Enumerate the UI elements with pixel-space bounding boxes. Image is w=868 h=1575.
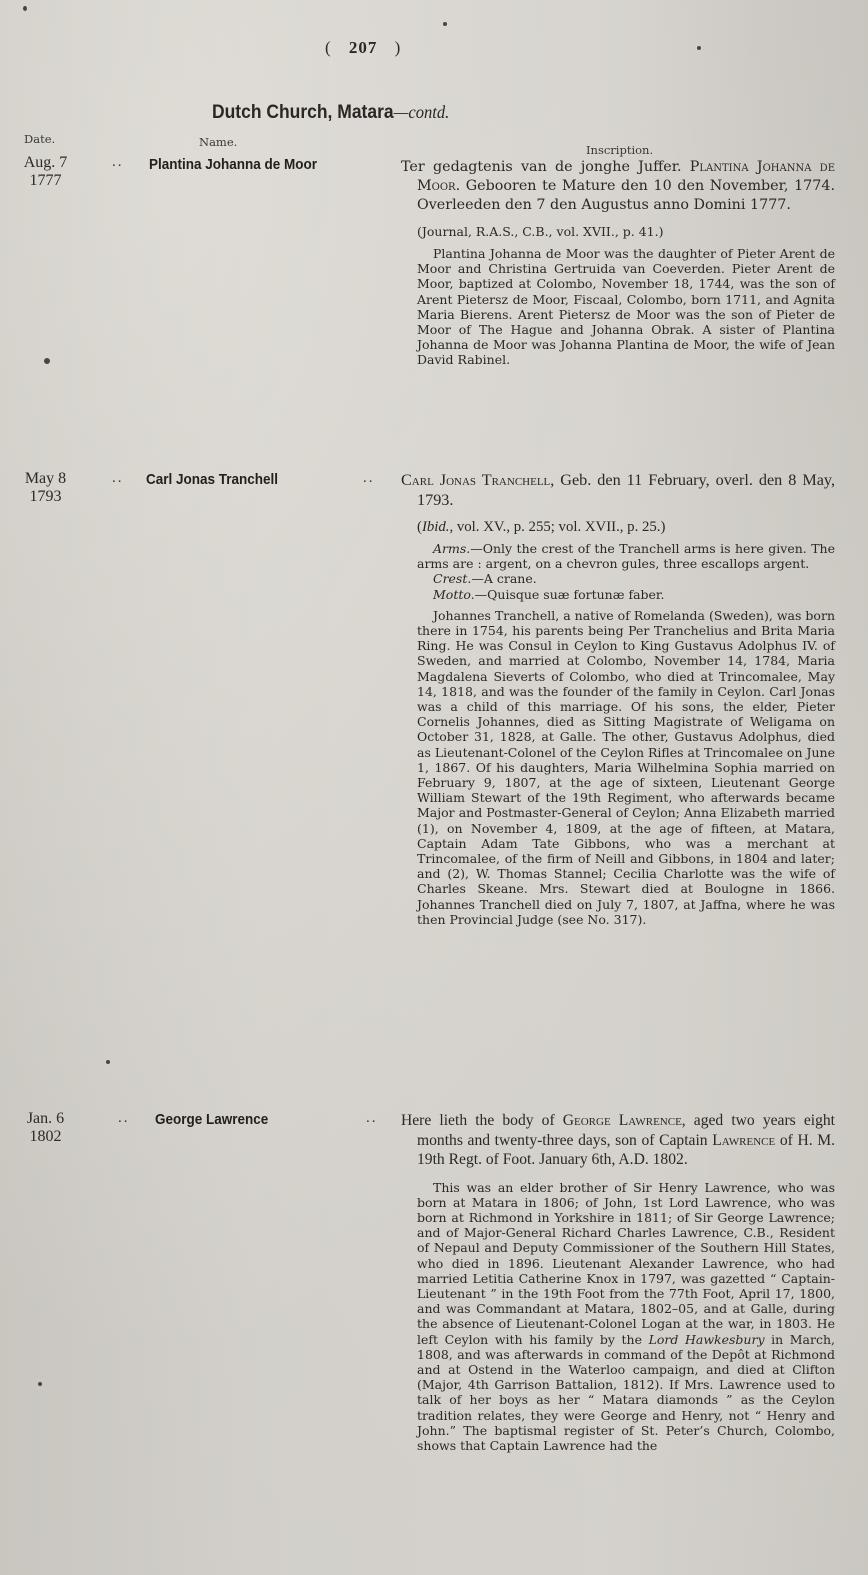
arms-label: Arms. (433, 541, 470, 556)
epitaph-part: Ter gedagtenis van de jonghe Juffer. (401, 159, 690, 175)
epitaph-text: Ter gedagtenis van de jonghe Juffer. Pla… (401, 158, 835, 215)
entry-date-day: May 8 (18, 470, 73, 488)
source-reference: (Journal, R.A.S., C.B., vol. XVII., p. 4… (417, 224, 835, 240)
epitaph-name-smallcaps: Lawrence (712, 1132, 775, 1149)
page-number-paren-open: ( (325, 38, 332, 57)
entry-inscription: Carl Jonas Tranchell, Geb. den 11 Februa… (401, 471, 835, 927)
entry-date: Jan. 6 1802 (18, 1110, 73, 1146)
column-header-date: Date. (24, 132, 55, 146)
note-part: This was an elder brother of Sir Henry L… (417, 1180, 835, 1347)
motto-label: Motto. (433, 587, 475, 602)
epitaph-text: Here lieth the body of George Lawrence, … (401, 1111, 835, 1170)
entry-inscription: Ter gedagtenis van de jonghe Juffer. Pla… (401, 158, 835, 368)
epitaph-part: Here lieth the body of (401, 1112, 563, 1129)
epitaph-name-smallcaps: George Lawrence (563, 1112, 682, 1129)
entry-date-year: 1802 (18, 1128, 73, 1146)
paper-speck (38, 1382, 42, 1386)
entry-date: May 8 1793 (18, 470, 73, 506)
paper-speck (23, 6, 27, 11)
dot-leader: .. (112, 470, 124, 487)
epitaph-part: . Gebooren te Mature den 10 den November… (417, 178, 835, 213)
paper-speck (106, 1060, 110, 1064)
section-title-text: Dutch Church, Matara (212, 102, 394, 123)
entry-inscription: Here lieth the body of George Lawrence, … (401, 1111, 835, 1453)
column-header-name: Name. (199, 135, 237, 149)
section-title: Dutch Church, Matara—contd. (212, 102, 449, 124)
source-reference: (Ibid., vol. XV., p. 255; vol. XVII., p.… (417, 519, 835, 535)
biographical-note: Johannes Tranchell, a native of Romeland… (417, 608, 835, 927)
entry-name: Carl Jonas Tranchell (146, 471, 278, 488)
dot-leader: .. (363, 470, 375, 487)
dot-leader: .. (118, 1110, 130, 1127)
paper-speck (44, 358, 50, 364)
column-header-inscription: Inscription. (586, 143, 653, 157)
entry-date: Aug. 7 1777 (18, 154, 73, 190)
entry-date-year: 1793 (18, 488, 73, 506)
crest-note: Crest.—A crane. (417, 571, 835, 586)
ship-name: Lord Hawkesbury (649, 1332, 765, 1347)
epitaph-text: Carl Jonas Tranchell, Geb. den 11 Februa… (401, 471, 835, 510)
reference-ibid: Ibid. (422, 519, 450, 535)
crest-label: Crest. (433, 571, 471, 586)
section-title-contd: —contd. (394, 102, 450, 122)
entry-name: Plantina Johanna de Moor (149, 156, 317, 173)
page-number-value: 207 (349, 38, 378, 57)
biographical-note: Plantina Johanna de Moor was the daughte… (417, 246, 835, 368)
page-number: ( 207 ) (325, 38, 401, 58)
crest-text: —A crane. (471, 571, 536, 586)
dot-leader: .. (112, 154, 124, 171)
motto-note: Motto.—Quisque suæ fortunæ faber. (417, 587, 835, 602)
entry-date-day: Jan. 6 (18, 1110, 73, 1128)
arms-text: —Only the crest of the Tranchell arms is… (417, 541, 835, 571)
paper-speck (443, 22, 447, 26)
reference-rest: , vol. XV., p. 255; vol. XVII., p. 25.) (449, 519, 665, 535)
biographical-note: This was an elder brother of Sir Henry L… (417, 1180, 835, 1454)
entry-date-year: 1777 (18, 172, 73, 190)
entry-name: George Lawrence (155, 1111, 268, 1128)
arms-note: Arms.—Only the crest of the Tranchell ar… (417, 541, 835, 571)
motto-text: —Quisque suæ fortunæ faber. (475, 587, 665, 602)
paper-speck (697, 46, 701, 50)
entry-date-day: Aug. 7 (18, 154, 73, 172)
note-part: in March, 1808, and was afterwards in co… (417, 1332, 835, 1453)
page-number-paren-close: ) (395, 38, 402, 57)
epitaph-name-smallcaps: Carl Jonas Tranchell (401, 471, 550, 489)
dot-leader: .. (366, 1110, 378, 1127)
